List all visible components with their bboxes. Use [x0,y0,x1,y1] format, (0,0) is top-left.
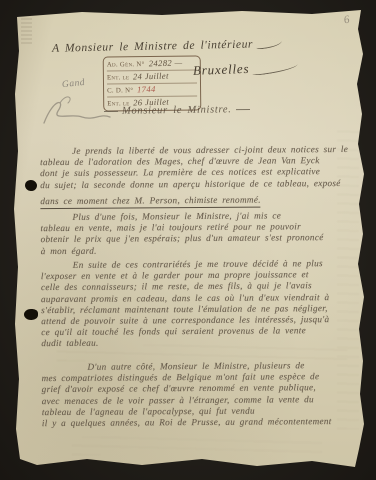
punch-hole-bottom [24,309,38,320]
ink-showthrough [72,437,322,455]
manuscript-line: grief d'avoir exposé ce chef d'œuvre ren… [42,382,364,395]
paragraph-4: D'un autre côté, Monsieur le Ministre, p… [41,360,363,429]
dash-stroke [104,111,118,112]
address-line: A Monsieur le Ministre de l'intérieur [52,37,312,54]
city-text: Bruxelles [193,61,250,78]
address-text: A Monsieur le Ministre de l'intérieur [52,39,253,55]
manuscript-line: du sujet; la seconde donne un aperçu his… [40,177,362,190]
paragraph-2: Plus d'une fois, Monsieur le Ministre, j… [40,210,362,257]
stamp-row-value-red: 1744 [137,84,156,95]
paragraph-1: Je prends la liberté de vous adresser ci… [40,144,362,209]
stamp-row-label: Ad. Gén. N° [107,61,145,68]
manuscript-line: à mon égard. [41,243,363,256]
punch-hole-top [24,179,38,192]
salutation-line: Monsieur le Ministre. [100,104,254,117]
city-line: Bruxelles [193,59,299,79]
stamp-row-label: Ent. le [107,74,130,81]
flourish-icon [256,39,283,50]
stamp-row-value: 24 Juillet [133,71,169,82]
dash-stroke [236,109,250,110]
flourish-icon [252,62,299,76]
paper-sheet: 6 A Monsieur le Ministre de l'intérieur … [12,9,364,469]
manuscript-line: dans ce moment chez M. Person, chimiste … [40,194,261,209]
page-number-note: 6 [342,14,350,27]
manuscript-line: obtenir le prix que j'en espérais; plus … [41,232,363,245]
manuscript-line: il y a quelques années, au Roi de Prusse… [42,416,364,429]
paragraph-3: En suite de ces contrariétés je me trouv… [41,258,364,350]
scanned-letter-page: 6 A Monsieur le Ministre de l'intérieur … [0,0,376,480]
stamp-row: Ent. le 24 Juillet [107,71,197,85]
salutation-text: Monsieur le Ministre. [122,104,232,117]
stamp-row: Ad. Gén. N° 24282 — [107,58,197,72]
stamp-row: C. D. N° 1744 [107,84,197,98]
manuscript-line: dudit tableau. [41,336,363,349]
stamp-row-value: 24282 — [148,57,182,68]
blind-stamp-mark [21,14,32,44]
